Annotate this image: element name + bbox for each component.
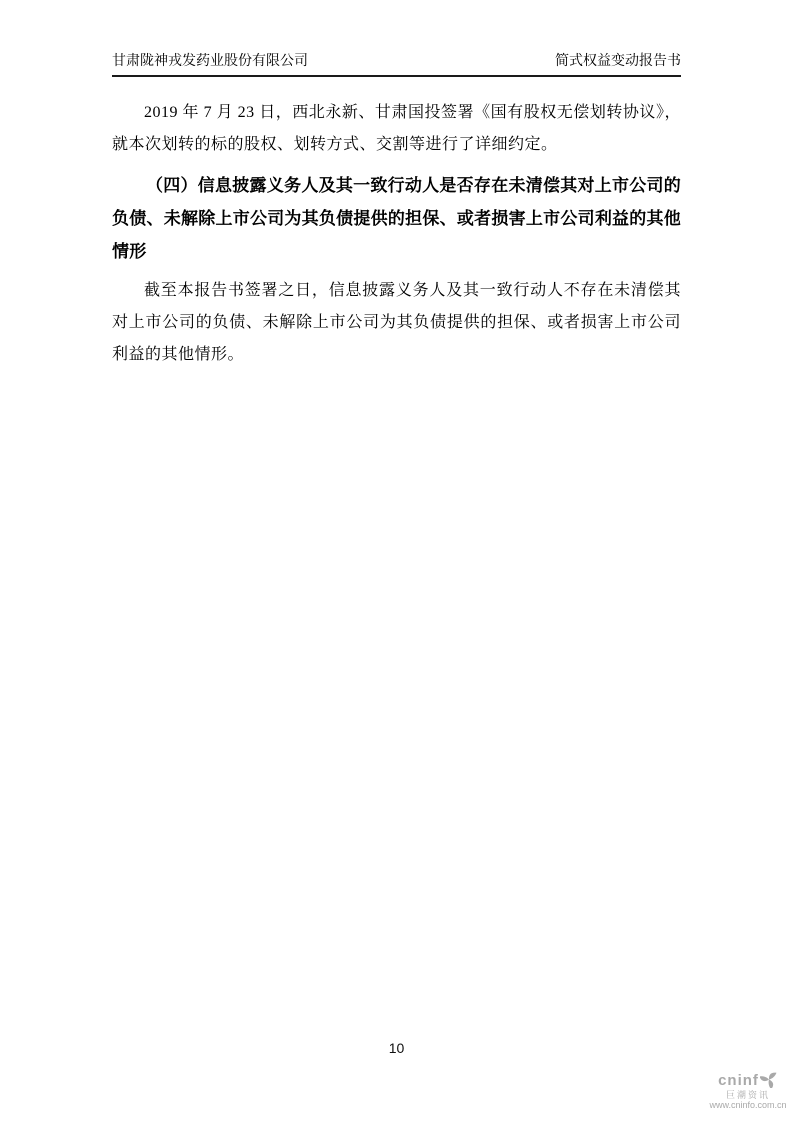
pinwheel-swirl-icon	[760, 1071, 778, 1088]
section-heading-four: （四）信息披露义务人及其一致行动人是否存在未清偿其对上市公司的负债、未解除上市公…	[112, 169, 681, 268]
header-report-title: 简式权益变动报告书	[555, 53, 681, 71]
page-header: 甘肃陇神戎发药业股份有限公司 简式权益变动报告书	[112, 53, 681, 77]
cninfo-name-chinese: 巨潮资讯	[706, 1090, 790, 1100]
cninfo-logo: cninf 巨潮资讯 www.cninfo.com.cn	[706, 1072, 790, 1111]
paragraph-transfer-agreement: 2019 年 7 月 23 日，西北永新、甘肃国投签署《国有股权无偿划转协议》，…	[112, 97, 681, 161]
cninfo-brand-row: cninf	[706, 1072, 790, 1090]
cninfo-brand-text: cninf	[718, 1072, 759, 1090]
document-page: 甘肃陇神戎发药业股份有限公司 简式权益变动报告书 2019 年 7 月 23 日…	[0, 0, 793, 1122]
paragraph-disclosure-statement: 截至本报告书签署之日，信息披露义务人及其一致行动人不存在未清偿其对上市公司的负债…	[112, 275, 681, 371]
page-number: 10	[0, 1041, 793, 1056]
cninfo-url: www.cninfo.com.cn	[706, 1100, 790, 1111]
document-body: 2019 年 7 月 23 日，西北永新、甘肃国投签署《国有股权无偿划转协议》，…	[112, 97, 681, 379]
header-company-name: 甘肃陇神戎发药业股份有限公司	[112, 53, 308, 71]
